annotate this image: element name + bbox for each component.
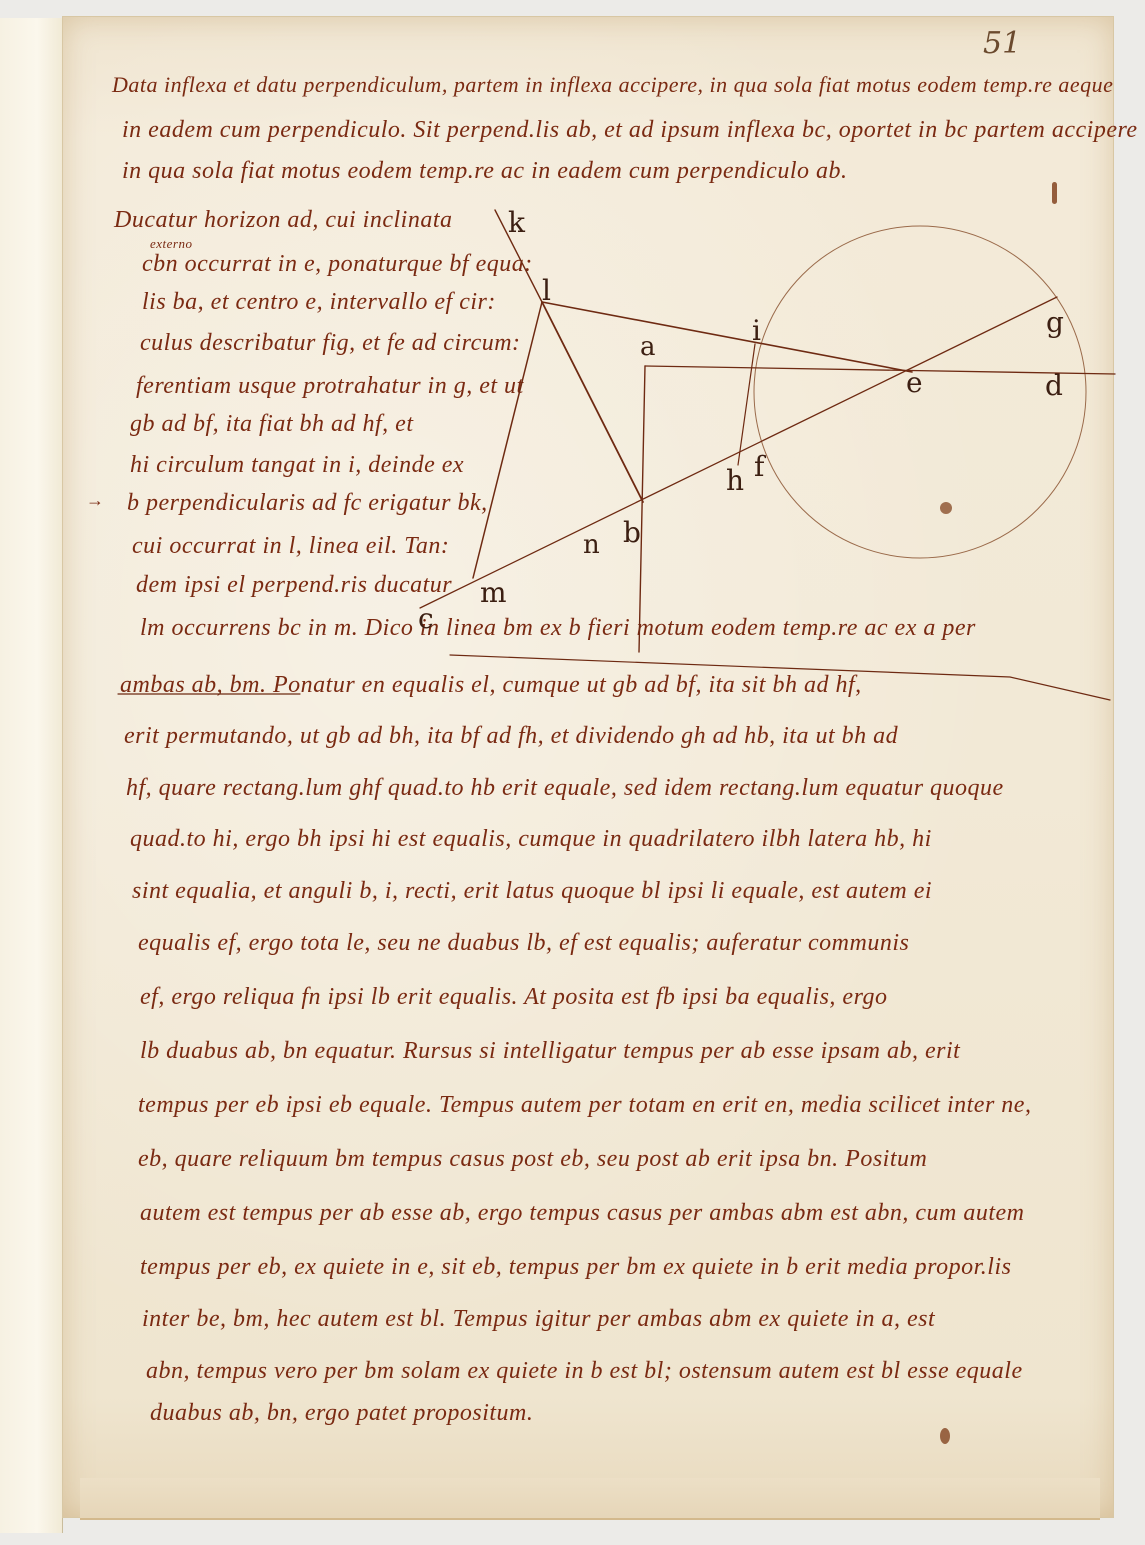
ink-stain (1052, 182, 1057, 204)
body-line-9: tempus per eb ipsi eb equale. Tempus aut… (138, 1092, 1031, 1119)
body-line-8: lb duabus ab, bn equatur. Rursus si inte… (140, 1038, 960, 1065)
body-line-5: sint equalia, et anguli b, i, recti, eri… (132, 878, 932, 905)
left-line-3: lis ba, et centro e, intervallo ef cir: (142, 289, 496, 316)
manuscript-page (62, 16, 1114, 1518)
body-line-15: duabus ab, bn, ergo patet propositum. (150, 1400, 533, 1427)
body-line-2: erit permutando, ut gb ad bh, ita bf ad … (124, 723, 898, 750)
left-line-6: gb ad bf, ita fiat bh ad hf, et (130, 411, 414, 438)
header-line-1: Data inflexa et datu perpendiculum, part… (112, 72, 1113, 98)
body-line-1: ambas ab, bm. Ponatur en equalis el, cum… (120, 672, 862, 699)
left-line-2: cbn occurrat in e, ponaturque bf equa: (142, 251, 533, 278)
left-line-10: dem ipsi el perpend.ris ducatur (136, 572, 452, 599)
body-line-10: eb, quare reliquum bm tempus casus post … (138, 1146, 927, 1173)
ink-stain (940, 1428, 950, 1444)
page-bottom-edge (80, 1478, 1100, 1520)
left-line-4: culus describatur fig, et fe ad circum: (140, 330, 521, 357)
left-line-11: lm occurrens bc in m. Dico in linea bm e… (140, 615, 976, 642)
body-line-6: equalis ef, ergo tota le, seu ne duabus … (138, 930, 909, 957)
folio-number: 51 (983, 26, 1021, 61)
left-line-5: ferentiam usque protrahatur in g, et ut (136, 373, 524, 400)
superscript-note: externo (150, 236, 192, 252)
left-line-7: hi circulum tangat in i, deinde ex (130, 452, 464, 479)
body-line-12: tempus per eb, ex quiete in e, sit eb, t… (140, 1254, 1011, 1281)
body-line-3: hf, quare rectang.lum ghf quad.to hb eri… (126, 775, 1004, 802)
body-line-13: inter be, bm, hec autem est bl. Tempus i… (142, 1306, 935, 1333)
left-line-8: b perpendicularis ad fc erigatur bk, (127, 490, 488, 517)
body-line-7: ef, ergo reliqua fn ipsi lb erit equalis… (140, 984, 888, 1011)
ink-stain (940, 502, 952, 514)
header-line-3: in qua sola fiat motus eodem temp.re ac … (122, 158, 847, 185)
body-line-4: quad.to hi, ergo bh ipsi hi est equalis,… (130, 826, 932, 853)
facing-page-edge (0, 18, 63, 1533)
header-line-2: in eadem cum perpendiculo. Sit perpend.l… (122, 117, 1138, 144)
body-line-14: abn, tempus vero per bm solam ex quiete … (146, 1358, 1023, 1385)
body-line-11: autem est tempus per ab esse ab, ergo te… (140, 1200, 1025, 1227)
left-line-9: cui occurrat in l, linea eil. Tan: (132, 533, 449, 560)
margin-arrow: → (86, 490, 105, 511)
left-line-1: Ducatur horizon ad, cui inclinata (114, 207, 452, 234)
